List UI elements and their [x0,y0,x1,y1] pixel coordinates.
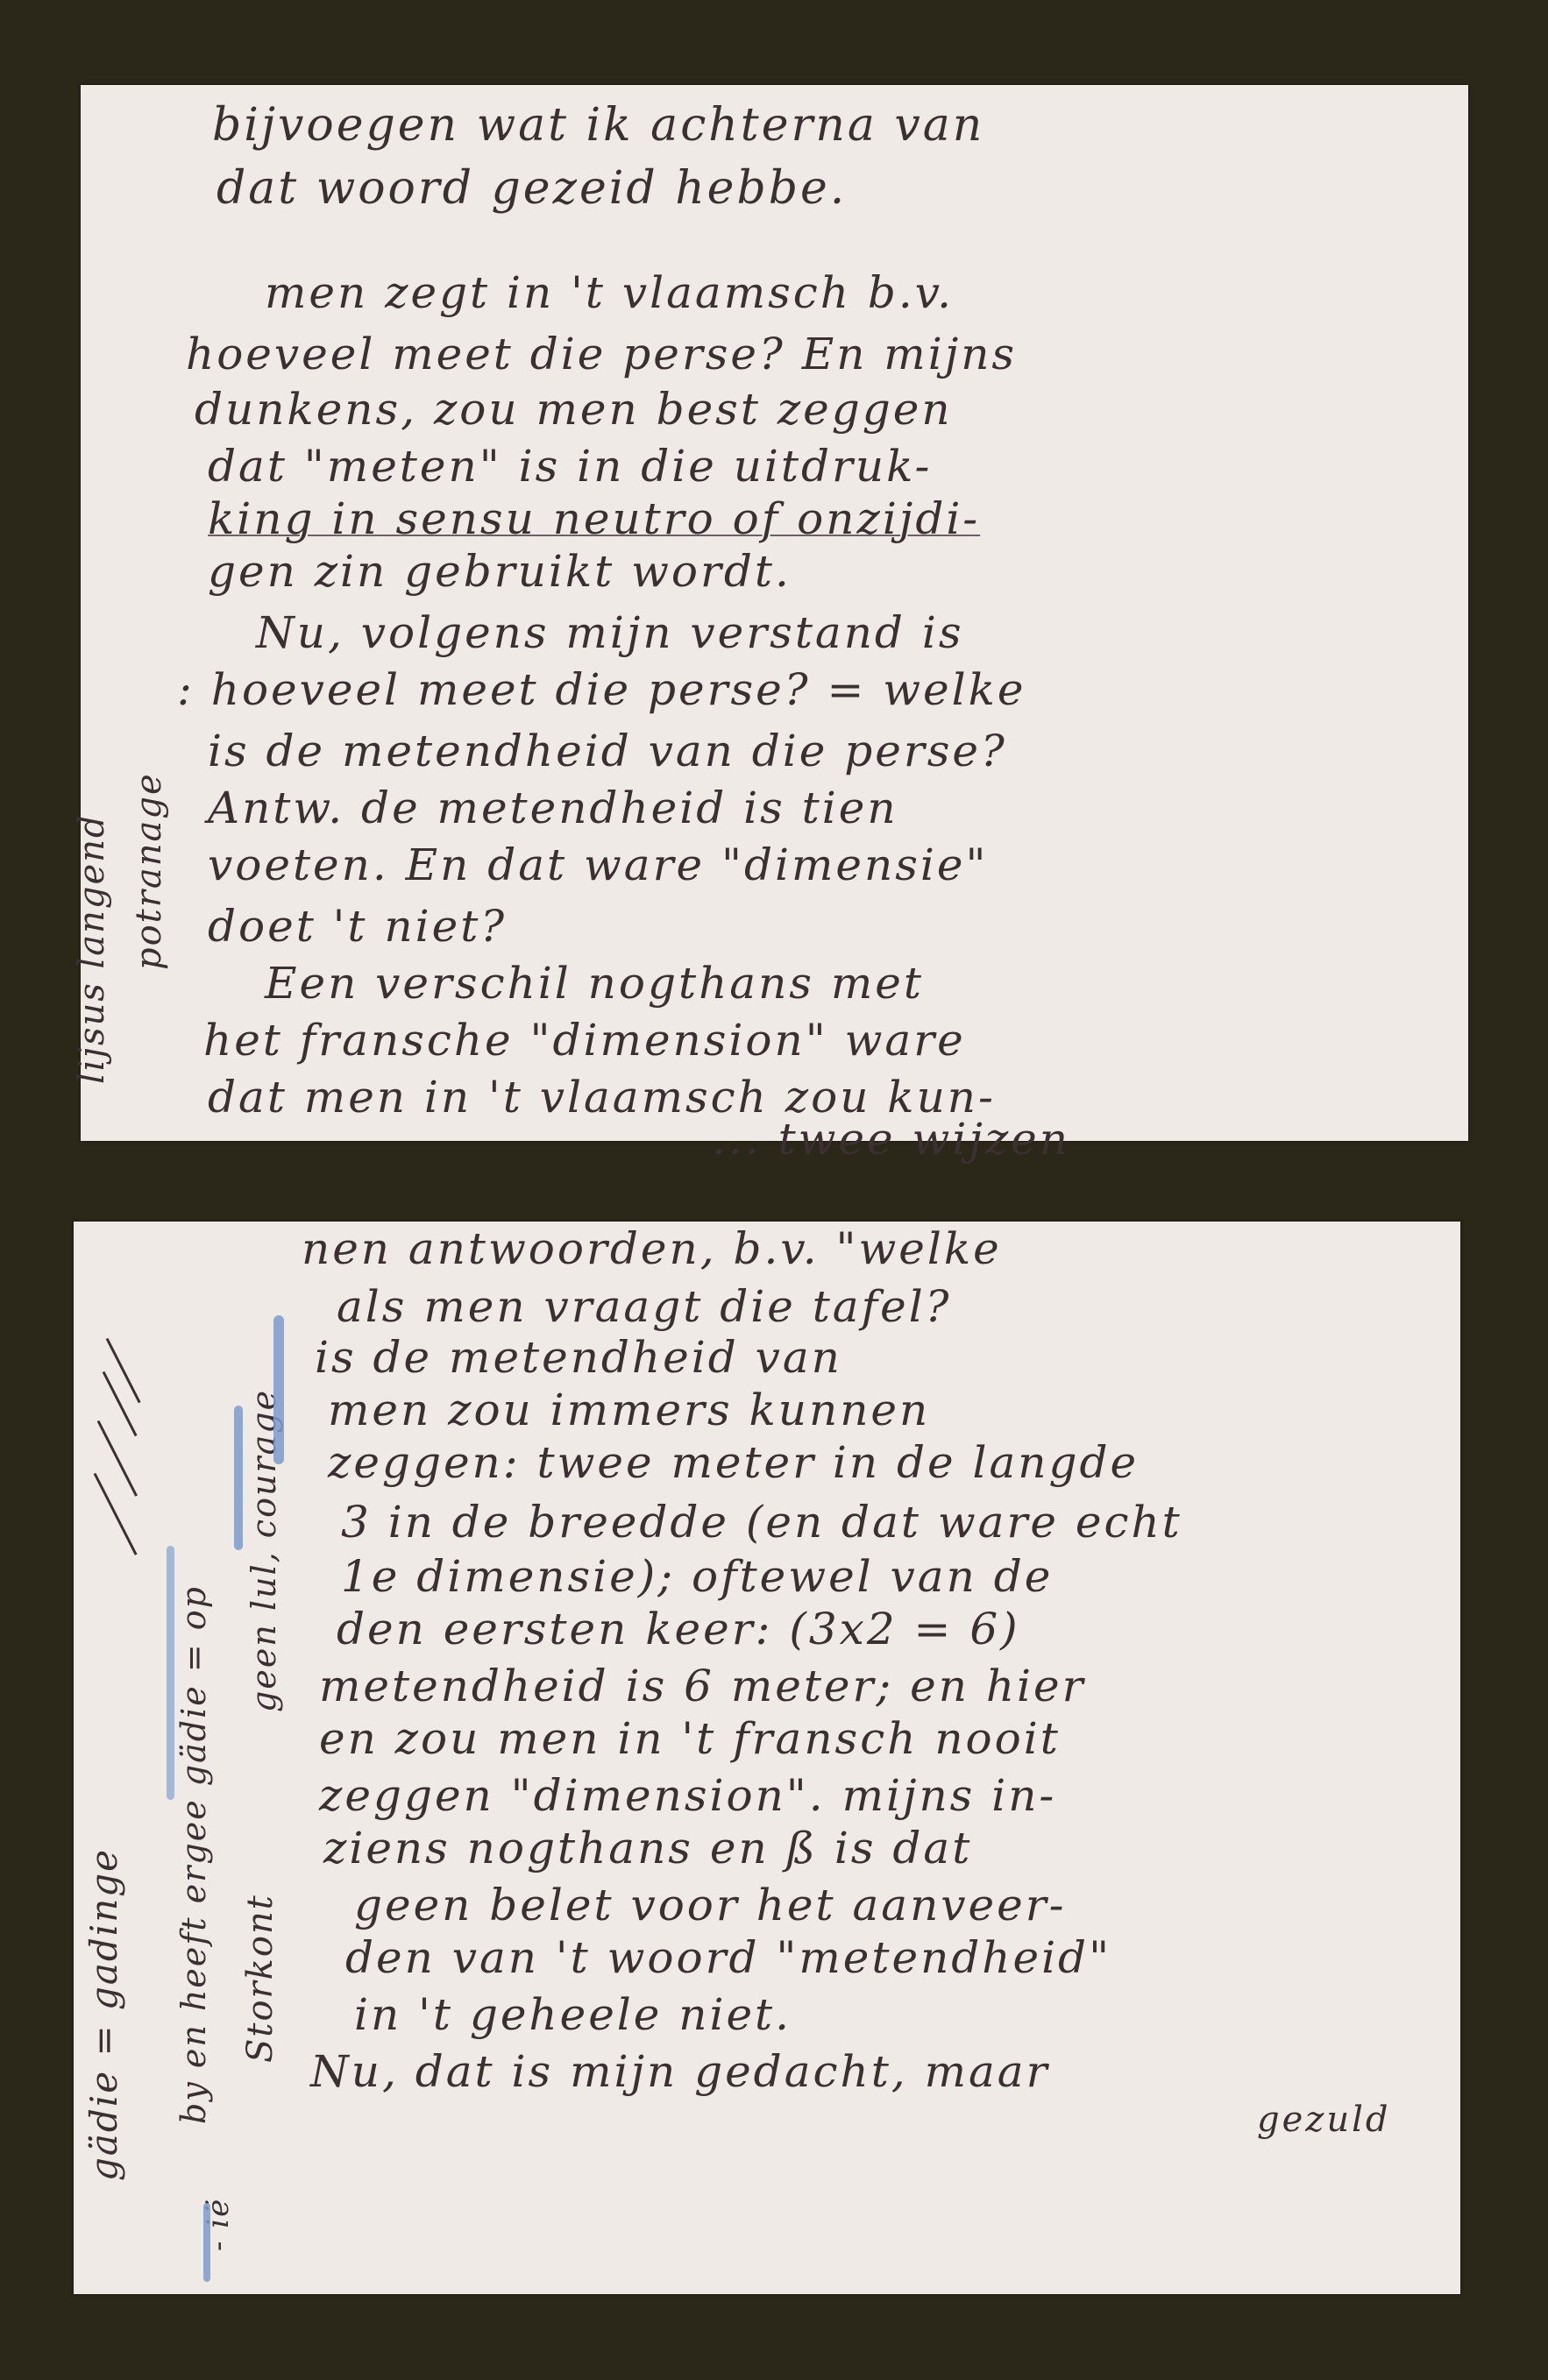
text-line: gezuld [1257,2102,1391,2137]
text-line: bijvoegen wat ik achterna van [212,103,984,148]
text-line-underlined: king in sensu neutro of onzijdi- [208,497,980,541]
text-line: Nu, dat is mijn gedacht, maar [310,2050,1050,2093]
margin-note-vertical: by en heeft ergee gädie = op [174,1585,213,2124]
text-line: nen antwoorden, b.v. "welke [302,1227,1002,1271]
text-line: metendheid is 6 meter; en hier [319,1664,1086,1708]
text-line: dunkens, zou men best zeggen [195,387,953,431]
text-line: men zou immers kunnen [328,1388,930,1432]
text-line: 3 in de breedde (en dat ware echt [341,1500,1182,1544]
margin-note-vertical: Storkont [240,1894,280,2063]
text-line: is de metendheid van die perse? [208,729,1007,773]
text-line: den eersten keer: (3x2 = 6) [337,1607,1020,1651]
blue-pencil-mark [203,2203,210,2282]
text-line: Nu, volgens mijn verstand is [256,611,964,655]
text-line: zeggen: twee meter in de langde [328,1441,1139,1484]
text-line: hoeveel meet die perse? En mijns [186,332,1017,376]
text-line: Antw. de metendheid is tien [208,786,898,830]
text-line: dat "meten" is in die uitdruk- [208,444,932,488]
text-line: geen belet voor het aanveer- [354,1883,1067,1927]
text-line: gen zin gebruikt wordt. [208,549,792,593]
letter-page-top: bijvoegen wat ik achterna van dat woord … [81,85,1468,1141]
text-line: dat men in 't vlaamsch zou kun- [208,1075,996,1119]
text-line: zeggen "dimension". mijns in- [319,1774,1056,1817]
text-line: en zou men in 't fransch nooit [319,1717,1061,1760]
text-line: ziens nogthans en ß is dat [323,1826,972,1870]
margin-note-vertical: potranage [129,772,169,970]
text-line: voeten. En dat ware "dimensie" [208,843,988,887]
blue-pencil-mark [234,1406,243,1550]
letter-page-bottom: nen antwoorden, b.v. "welke als men vraa… [74,1222,1460,2294]
text-line: doet 't niet? [208,904,507,948]
margin-note-vertical: gädie = gadinge [82,1848,125,2181]
text-line: is de metendheid van [315,1335,842,1379]
blue-pencil-mark [167,1546,174,1800]
text-line: 1e dimensie); oftewel van de [341,1555,1053,1598]
blue-pencil-mark [273,1315,284,1464]
text-line-cut-off: ... twee wijzen [712,1117,1070,1161]
text-line: in 't geheele niet. [354,1993,792,2036]
text-line: men zegt in 't vlaamsch b.v. [265,271,954,315]
text-line: : hoeveel meet die perse? = welke [177,668,1026,712]
text-line: Een verschil nogthans met [265,961,924,1005]
tally-mark [103,1371,138,1436]
text-line: dat woord gezeid hebbe. [217,166,847,211]
text-line: den van 't woord "metendheid" [345,1936,1111,1980]
tally-mark [97,1420,138,1497]
text-line: als men vraagt die tafel? [337,1285,952,1328]
text-line: het fransche "dimension" ware [203,1018,966,1062]
tally-mark [106,1338,141,1403]
margin-note-vertical: lijsus langend [72,813,112,1084]
